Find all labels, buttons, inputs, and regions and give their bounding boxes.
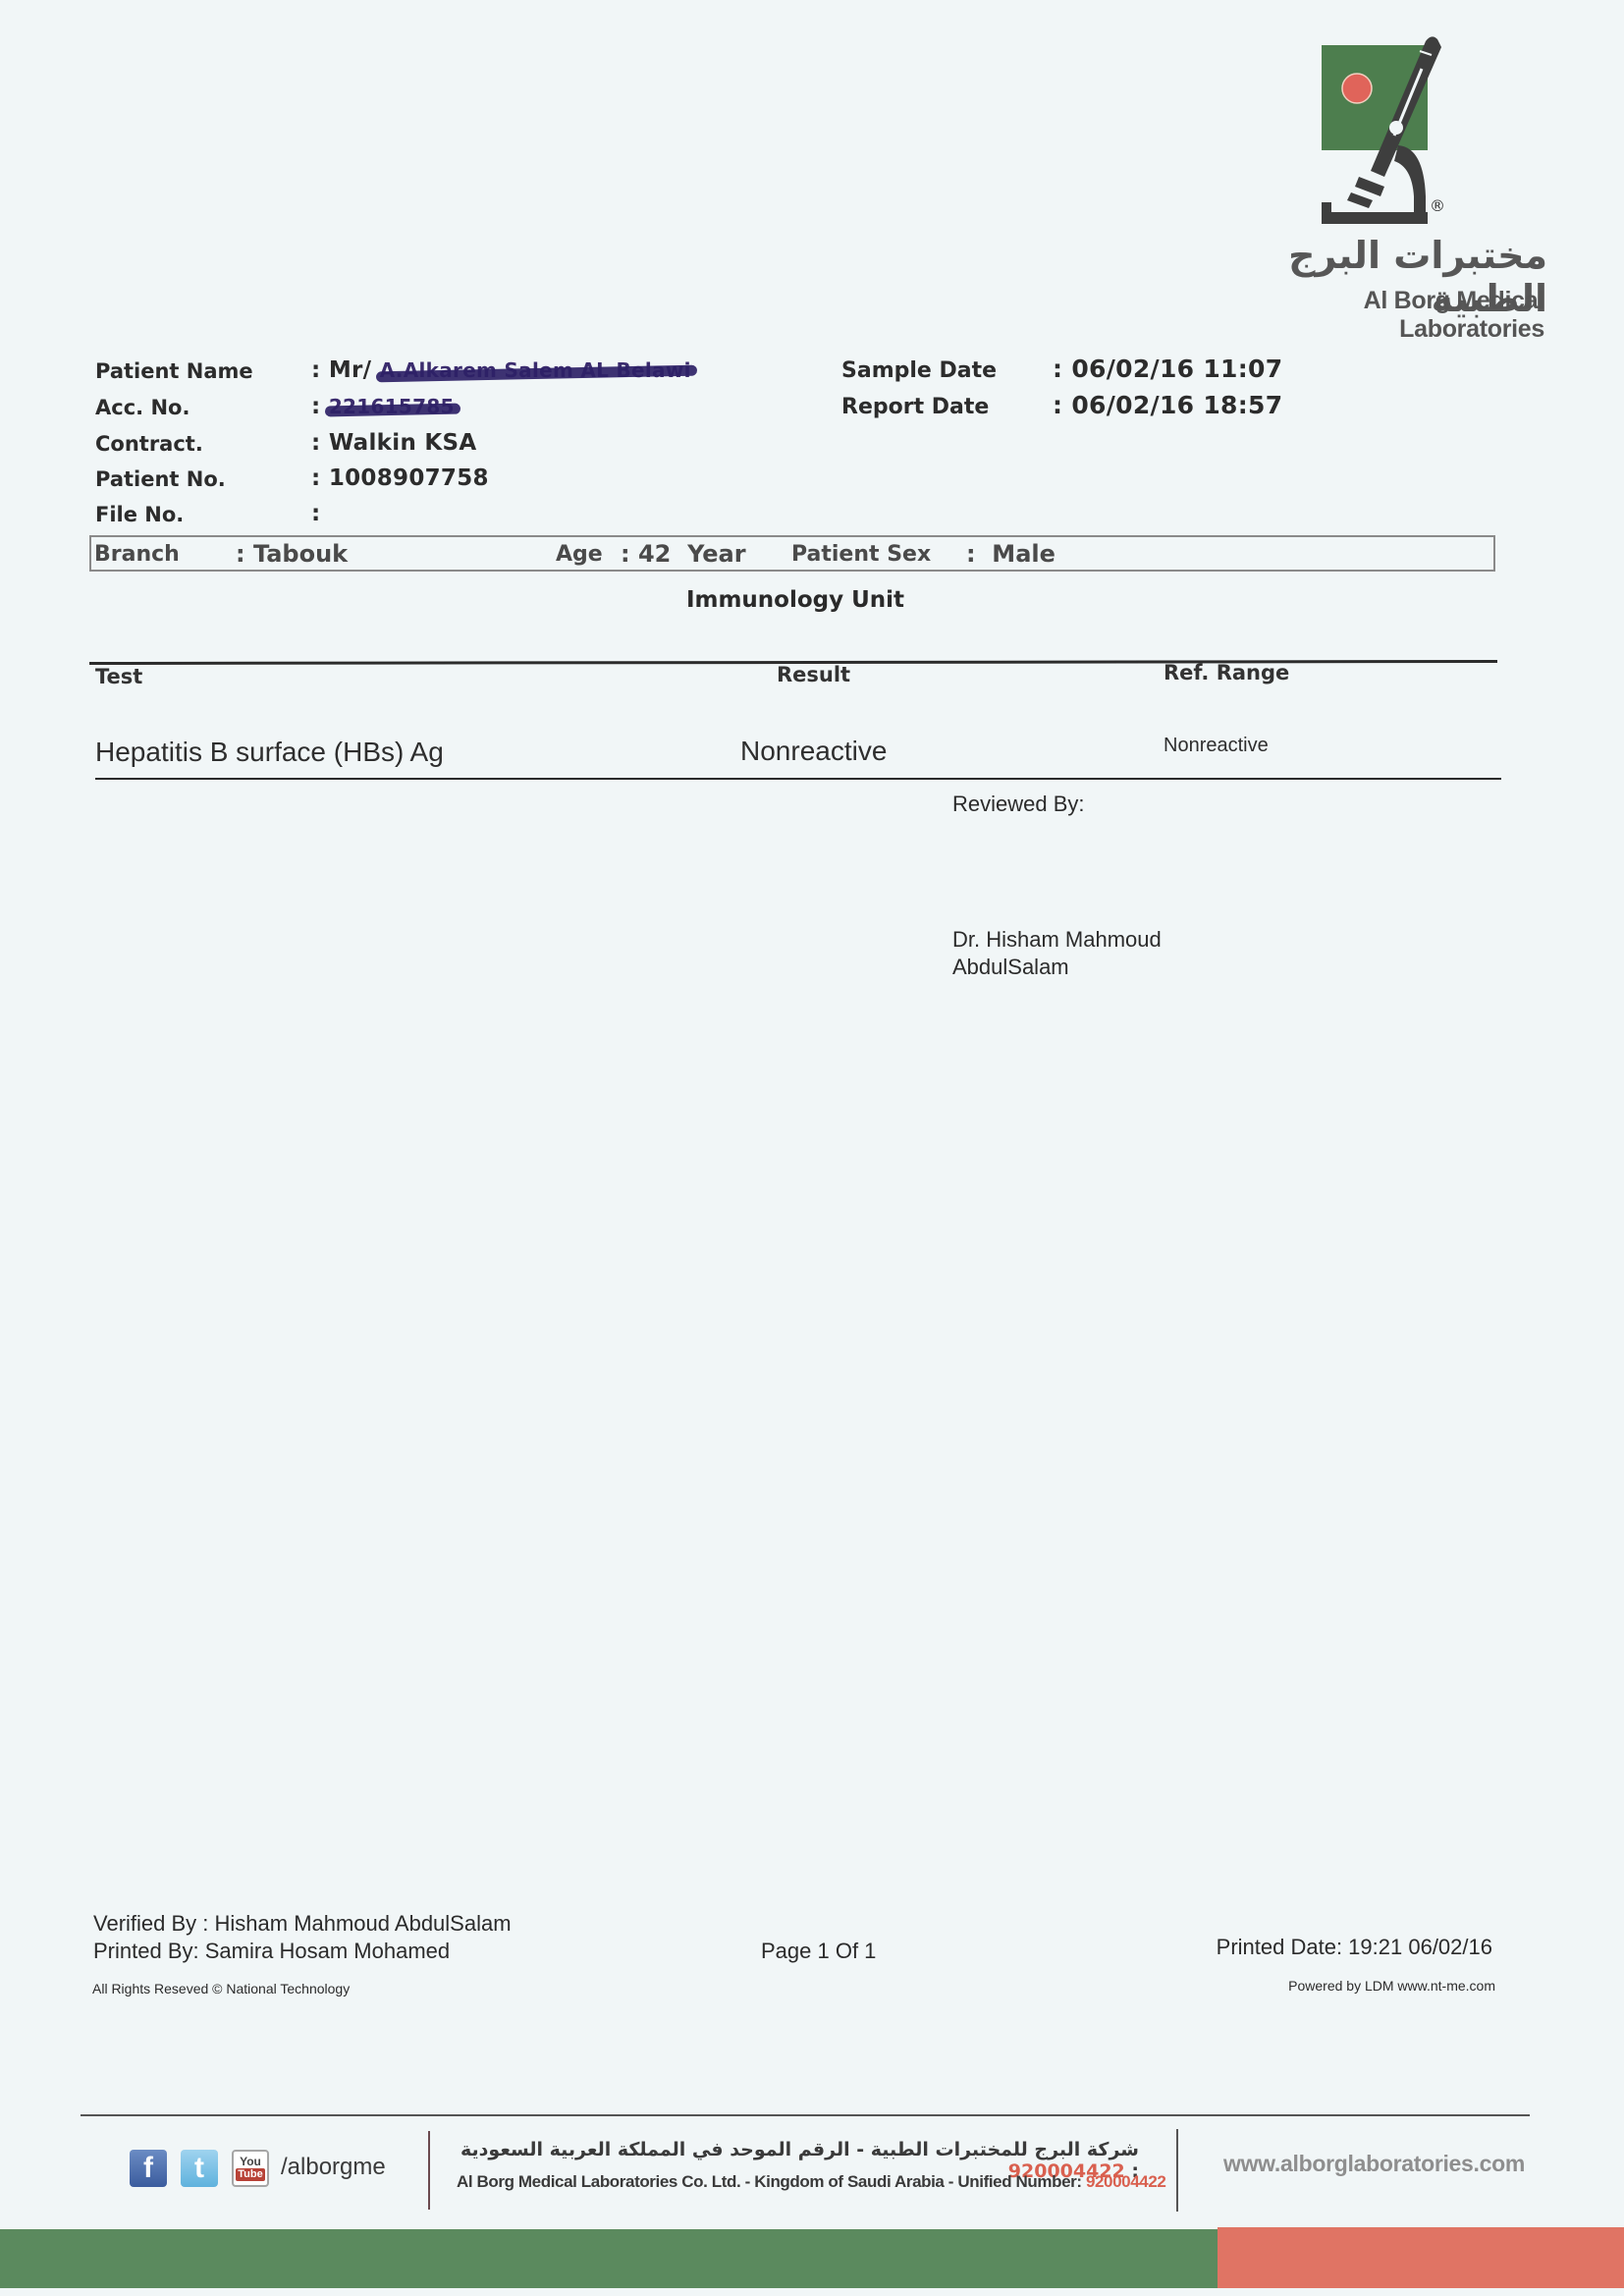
separator: : bbox=[1053, 391, 1062, 419]
separator: : bbox=[311, 465, 321, 491]
contract-text: Walkin KSA bbox=[329, 430, 477, 456]
footer-separator-left bbox=[428, 2131, 430, 2210]
report-date-text: 06/02/16 18:57 bbox=[1071, 391, 1282, 419]
youtube-icon[interactable]: YouTube bbox=[232, 2150, 269, 2187]
acc-no-label: Acc. No. bbox=[95, 396, 189, 419]
facebook-icon[interactable]: f bbox=[130, 2150, 167, 2187]
separator: : bbox=[311, 501, 321, 526]
page-indicator: Page 1 Of 1 bbox=[761, 1939, 876, 1964]
report-date-value: : 06/02/16 18:57 bbox=[1053, 391, 1282, 419]
separator: : bbox=[311, 430, 321, 456]
powered-by: Powered by LDM www.nt-me.com bbox=[1208, 1978, 1495, 1994]
branch-value: : Tabouk bbox=[236, 540, 348, 568]
rights-notice: All Rights Reseved © National Technology bbox=[92, 1981, 350, 1996]
unified-number-english: 920004422 bbox=[1086, 2172, 1166, 2191]
file-no-value: : bbox=[311, 501, 321, 526]
social-handle[interactable]: /alborgme bbox=[281, 2154, 386, 2181]
file-no-label: File No. bbox=[95, 503, 184, 526]
contract-label: Contract. bbox=[95, 432, 203, 456]
cell-test: Hepatitis B surface (HBs) Ag bbox=[95, 737, 444, 768]
company-english-text: Al Borg Medical Laboratories Co. Ltd. - … bbox=[457, 2172, 1082, 2191]
patient-title: Mr/ bbox=[329, 357, 380, 383]
letterhead-divider bbox=[81, 2114, 1530, 2116]
sex-label: Patient Sex bbox=[791, 542, 931, 567]
cell-ref-range: Nonreactive bbox=[1164, 735, 1269, 757]
footer-bar-green bbox=[0, 2229, 1218, 2288]
patient-no-value: : 1008907758 bbox=[311, 465, 489, 491]
column-header-ref-range: Ref. Range bbox=[1164, 661, 1289, 684]
microscope-logo-icon bbox=[1316, 29, 1443, 226]
website-link[interactable]: www.alborglaboratories.com bbox=[1223, 2151, 1525, 2177]
sex-value: : Male bbox=[966, 540, 1056, 568]
reviewer-name-line1: Dr. Hisham Mahmoud bbox=[952, 927, 1162, 953]
separator: : bbox=[311, 394, 321, 419]
redacted-acc-no: 221615785 bbox=[329, 395, 455, 418]
verified-by: Verified By : Hisham Mahmoud AbdulSalam bbox=[93, 1911, 512, 1937]
report-date-label: Report Date bbox=[841, 395, 989, 419]
printed-date: Printed Date: 19:21 06/02/16 bbox=[1208, 1935, 1492, 1960]
sample-date-label: Sample Date bbox=[841, 358, 997, 383]
patient-no-label: Patient No. bbox=[95, 467, 226, 491]
cell-result: Nonreactive bbox=[740, 736, 887, 767]
patient-name-value: : Mr/ A.Alkarem Salem AL Belawi bbox=[311, 357, 691, 383]
age-value: : 42 Year bbox=[621, 540, 746, 568]
registered-mark: ® bbox=[1430, 196, 1445, 215]
brand-name-english: Al Borg Medical Laboratories bbox=[1218, 287, 1544, 344]
separator: : bbox=[311, 357, 321, 383]
printed-by: Printed By: Samira Hosam Mohamed bbox=[93, 1939, 450, 1964]
section-title: Immunology Unit bbox=[589, 587, 1001, 613]
reviewer-name-line2: AbdulSalam bbox=[952, 955, 1069, 980]
footer-bar-red bbox=[1218, 2227, 1624, 2288]
acc-no-value: : 221615785 bbox=[311, 394, 455, 419]
sample-date-text: 06/02/16 11:07 bbox=[1071, 355, 1282, 383]
patient-name-label: Patient Name bbox=[95, 359, 253, 383]
separator: : bbox=[1053, 355, 1062, 383]
table-bottom-rule bbox=[95, 778, 1501, 780]
company-info-english: Al Borg Medical Laboratories Co. Ltd. - … bbox=[457, 2172, 1165, 2192]
redacted-patient-name: A.Alkarem Salem AL Belawi bbox=[380, 358, 691, 382]
age-label: Age bbox=[556, 542, 603, 567]
column-header-test: Test bbox=[95, 665, 142, 688]
footer-separator-right bbox=[1176, 2129, 1178, 2212]
branch-label: Branch bbox=[94, 542, 180, 567]
twitter-icon[interactable]: t bbox=[181, 2150, 218, 2187]
reviewed-by-label: Reviewed By: bbox=[952, 792, 1085, 817]
lab-logo bbox=[1316, 29, 1443, 226]
patient-no-text: 1008907758 bbox=[329, 465, 489, 491]
sample-date-value: : 06/02/16 11:07 bbox=[1053, 355, 1282, 383]
column-header-result: Result bbox=[777, 663, 850, 686]
contract-value: : Walkin KSA bbox=[311, 430, 477, 456]
